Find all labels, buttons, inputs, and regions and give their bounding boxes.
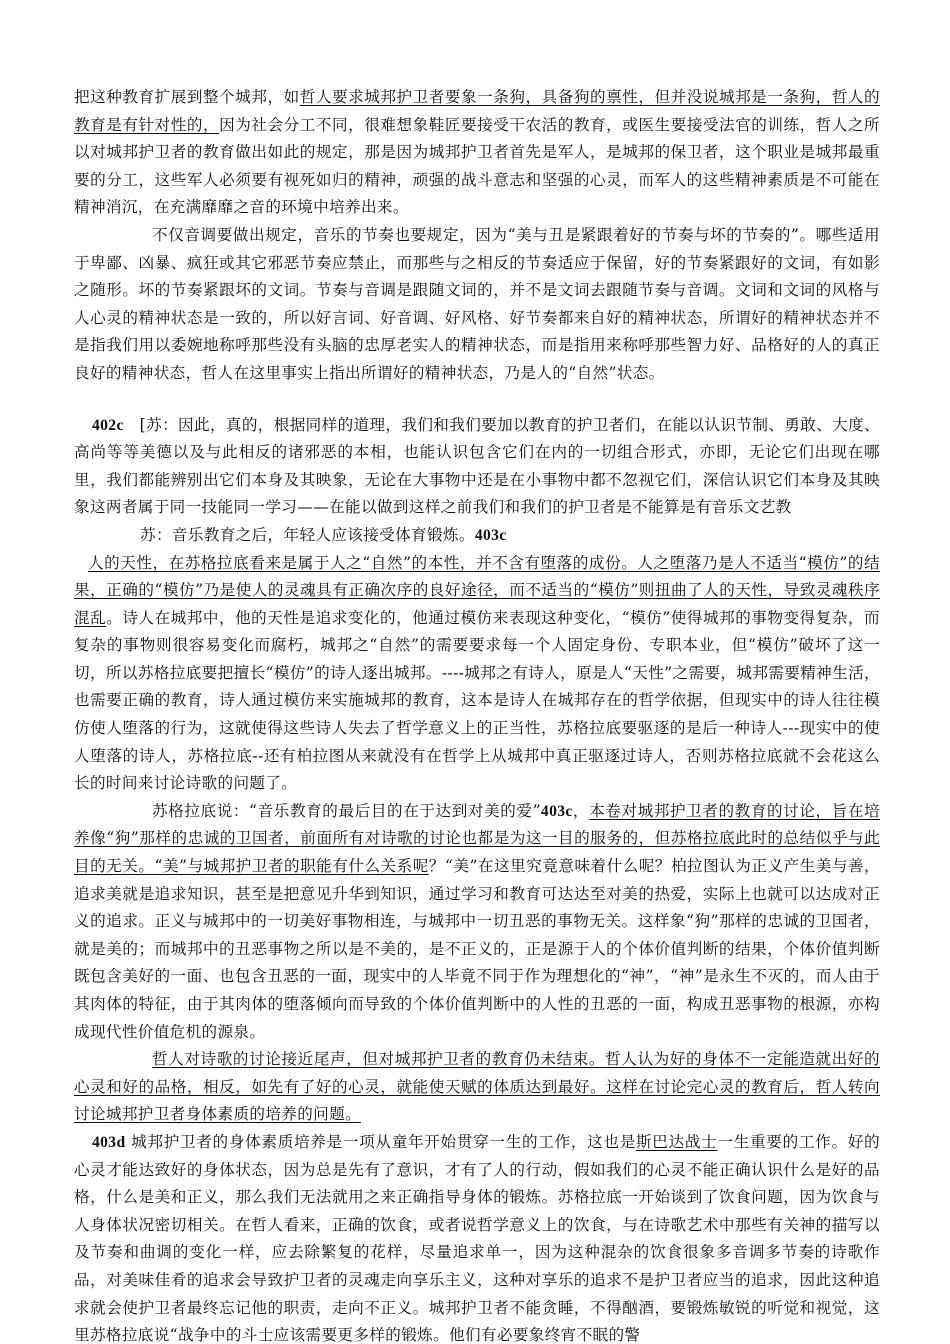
section-marker: 403c bbox=[475, 527, 507, 544]
section-marker: 403d bbox=[92, 1134, 125, 1151]
text-segment: 把这种教育扩展到整个城邦，如 bbox=[74, 88, 300, 106]
text-segment: 苏：音乐教育之后，年轻人应该接受体育锻炼。 bbox=[140, 526, 475, 544]
underlined-text: 哲人对诗歌的讨论接近尾声，但对城邦护卫者的教育仍未结束。哲人认为好的身体不一定能… bbox=[74, 1050, 880, 1123]
text-segment: [苏：因此，真的，根据同样的道理，我们和我们要加以教育的护卫者们，在能以认识节制… bbox=[74, 416, 880, 517]
text-segment: 一生重要的工作。好的心灵才能达致好的身体状态，因为总是先有了意识，才有了人的行动… bbox=[74, 1133, 880, 1344]
text-segment: 。诗人在城邦中，他的天性是追求变化的，他通过模仿来表现这种变化，“模仿”使得城邦… bbox=[74, 609, 880, 793]
paragraph-4: 苏：音乐教育之后，年轻人应该接受体育锻炼。403c bbox=[74, 522, 880, 550]
paragraph-3: 402c [苏：因此，真的，根据同样的道理，我们和我们要加以教育的护卫者们，在能… bbox=[74, 412, 880, 522]
paragraph-7: 哲人对诗歌的讨论接近尾声，但对城邦护卫者的教育仍未结束。哲人认为好的身体不一定能… bbox=[74, 1046, 880, 1129]
text-segment: 苏格拉底说：“音乐教育的最后目的在于达到对美的爱” bbox=[152, 802, 541, 820]
underlined-text: 斯巴达战士 bbox=[636, 1133, 717, 1151]
text-segment: ？“美”在这里究竟意味着什么呢？柏拉图认为正义产生美与善，追求美就是追求知识，甚… bbox=[74, 857, 880, 1041]
paragraph-5: 人的天性，在苏格拉底看来是属于人之“自然”的本性，并不含有堕落的成份。人之堕落乃… bbox=[74, 550, 880, 798]
paragraph-1: 把这种教育扩展到整个城邦，如哲人要求城邦护卫者要象一条狗，具备狗的禀性，但并没说… bbox=[74, 84, 880, 222]
text-segment: 城邦护卫者的身体素质培养是一项从童年开始贯穿一生的工作，这也是 bbox=[125, 1133, 636, 1151]
section-marker: 402c bbox=[92, 417, 124, 434]
paragraph-6: 苏格拉底说：“音乐教育的最后目的在于达到对美的爱”403c，本卷对城邦护卫者的教… bbox=[74, 798, 880, 1046]
document-page: 把这种教育扩展到整个城邦，如哲人要求城邦护卫者要象一条狗，具备狗的禀性，但并没说… bbox=[74, 84, 880, 1344]
paragraph-gap bbox=[74, 388, 880, 412]
text-segment: 不仅音调要做出规定，音乐的节奏也要规定，因为“美与丑是紧跟着好的节奏与坏的节奏的… bbox=[74, 226, 880, 382]
paragraph-8: 403d 城邦护卫者的身体素质培养是一项从童年开始贯穿一生的工作，这也是斯巴达战… bbox=[74, 1129, 880, 1344]
section-marker: 403c bbox=[541, 803, 573, 820]
text-segment: ， bbox=[573, 802, 589, 820]
paragraph-2: 不仅音调要做出规定，音乐的节奏也要规定，因为“美与丑是紧跟着好的节奏与坏的节奏的… bbox=[74, 222, 880, 388]
